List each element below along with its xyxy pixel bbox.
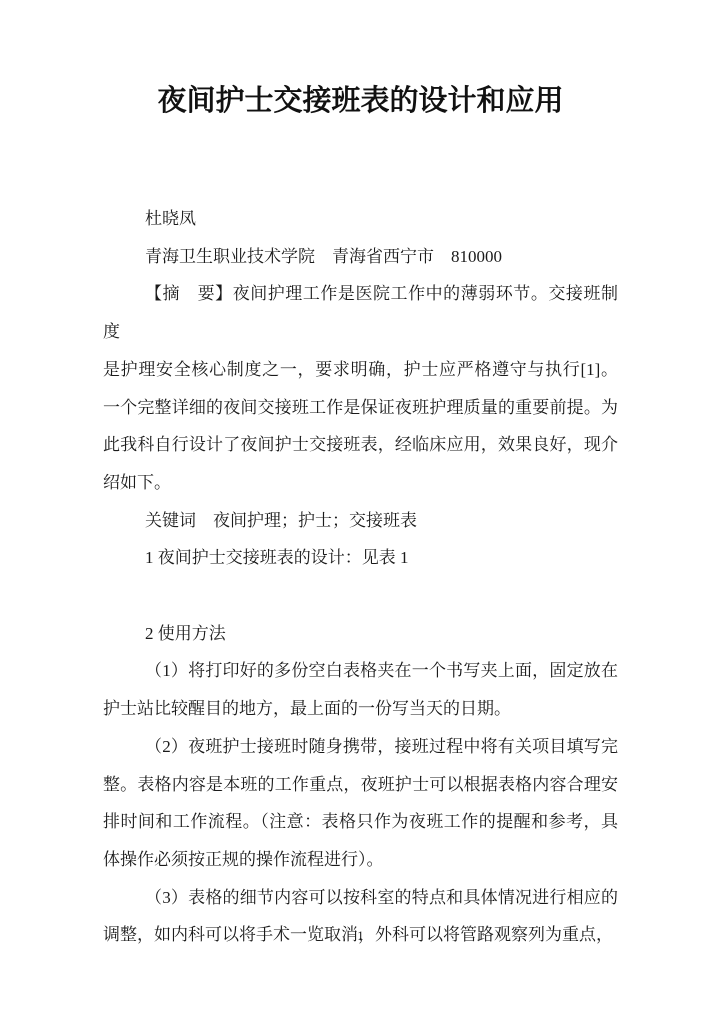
abstract-paragraph: 【摘 要】夜间护理工作是医院工作中的薄弱环节。交接班制度是护理安全核心制度之一，…	[103, 275, 618, 501]
section-heading-1: 1 夜间护士交接班表的设计：见表 1	[103, 539, 618, 577]
keywords-line: 关键词 夜间护理；护士；交接班表	[103, 502, 618, 540]
page-title: 夜间护士交接班表的设计和应用	[103, 80, 618, 122]
section-heading-2: 2 使用方法	[103, 615, 618, 653]
author-name: 杜晓凤	[103, 200, 618, 238]
document-page: 夜间护士交接班表的设计和应用 杜晓凤 青海卫生职业技术学院 青海省西宁市 810…	[0, 0, 721, 1020]
document-body: 杜晓凤 青海卫生职业技术学院 青海省西宁市 810000 【摘 要】夜间护理工作…	[103, 200, 618, 954]
page-number: 1	[0, 927, 721, 945]
method-paragraph-2: （2）夜班护士接班时随身携带，接班过程中将有关项目填写完整。表格内容是本班的工作…	[103, 728, 618, 879]
method-paragraph-1: （1）将打印好的多份空白表格夹在一个书写夹上面，固定放在护士站比较醒目的地方，最…	[103, 652, 618, 727]
affiliation-line: 青海卫生职业技术学院 青海省西宁市 810000	[103, 238, 618, 276]
